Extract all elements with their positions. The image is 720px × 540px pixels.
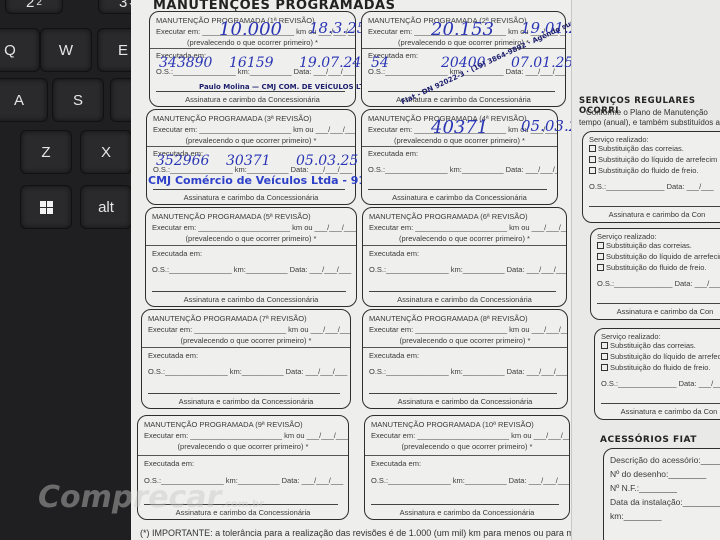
service-os-row: O.S.:______________ Data: ___/___ <box>601 379 720 388</box>
signature-label: Assinatura e carimbo da Concessionária <box>368 193 551 202</box>
prevalence-note: (prevalecendo o que ocorrer primeiro) * <box>369 234 560 243</box>
signature-label: Assinatura e carimbo da Concessionária <box>148 397 344 406</box>
accessories-title: ACESSÓRIOS FIAT <box>600 435 697 445</box>
service-checkbox-item: Substituição do líquido de arrefecim <box>589 155 720 164</box>
executed-label: Executada em: <box>371 459 563 468</box>
revision-box-8: MANUTENÇÃO PROGRAMADA (8ª REVISÃO) Execu… <box>362 309 568 409</box>
prevalence-note: (prevalecendo o que ocorrer primeiro) * <box>144 442 342 451</box>
executed-row: O.S.:_______________ km:__________ Data:… <box>369 265 560 274</box>
regular-service-box-2: Serviço realizado:Substituição das corre… <box>590 228 720 320</box>
regular-services-intro: Conforme o Plano de Manutenção <box>586 108 708 117</box>
windows-logo-icon <box>40 201 53 214</box>
regular-service-box-3: Serviço realizado:Substituição das corre… <box>594 328 720 420</box>
service-checkbox-item: Substituição do fluido de freio. <box>597 263 720 272</box>
key-w: W <box>40 28 92 72</box>
prevalence-note: (prevalecendo o que ocorrer primeiro) * <box>369 336 561 345</box>
handwritten-planned-km: 40371 <box>431 117 488 138</box>
handwritten-date: 19.07.24 <box>299 55 361 71</box>
prevalence-note: (prevalecendo o que ocorrer primeiro) * <box>371 442 563 451</box>
revision-box-6: MANUTENÇÃO PROGRAMADA (6ª REVISÃO) Execu… <box>362 207 567 307</box>
signature-label: Assinatura e carimbo da Concessionária <box>369 397 561 406</box>
accessory-field: Nº do desenho:________ <box>610 469 720 479</box>
service-checkbox-item: Substituição do fluido de freio. <box>589 166 720 175</box>
handwritten-km: 16159 <box>229 55 274 71</box>
service-checkbox-item: Substituição do fluido de freio. <box>601 363 720 372</box>
signature-label: Assinatura e carimbo da Con <box>589 210 720 219</box>
checkbox-icon <box>597 253 604 260</box>
revision-title: MANUTENÇÃO PROGRAMADA (6ª REVISÃO) <box>369 212 560 221</box>
signature-label: Assinatura e carimbo da Con <box>597 307 720 316</box>
handwritten-km: 30371 <box>226 153 271 169</box>
signature-label: Assinatura e carimbo da Concessionária <box>153 193 349 202</box>
planned-row: Executar em: ______________________ km o… <box>148 325 344 334</box>
handwritten-os: 352966 <box>156 153 209 169</box>
service-checkbox-item: Substituição do líquido de arrefecim <box>601 352 720 361</box>
footnote: (*) IMPORTANTE: a tolerância para a real… <box>140 528 585 538</box>
key-2: 22 <box>5 0 63 14</box>
revision-title: MANUTENÇÃO PROGRAMADA (7ª REVISÃO) <box>148 314 344 323</box>
executed-label: Executada em: <box>144 459 342 468</box>
executed-row: O.S.:_______________ km:__________ Data:… <box>368 165 551 174</box>
revision-title: MANUTENÇÃO PROGRAMADA (8ª REVISÃO) <box>369 314 561 323</box>
revision-title: MANUTENÇÃO PROGRAMADA (3ª REVISÃO) <box>153 114 349 123</box>
key-alt: alt <box>80 185 132 229</box>
executed-row: O.S.:_______________ km:__________ Data:… <box>369 367 561 376</box>
planned-row: Executar em: ______________________ km o… <box>371 431 563 440</box>
service-os-row: O.S.:______________ Data: ___/___ <box>597 279 720 288</box>
checkbox-icon <box>597 264 604 271</box>
planned-row: Executar em: ______________________ km o… <box>152 223 350 232</box>
checkbox-icon <box>601 342 608 349</box>
regular-services-intro-2: tempo (anual), e também substituídos a <box>579 118 720 127</box>
signature-label: Assinatura e carimbo da Concessionária <box>156 95 349 104</box>
executed-row: O.S.:_______________ km:__________ Data:… <box>152 265 350 274</box>
handwritten-date: 05.03.25 <box>296 153 358 169</box>
service-label: Serviço realizado: <box>589 135 720 144</box>
executed-label: Executada em: <box>148 351 344 360</box>
checkbox-icon <box>601 353 608 360</box>
checkbox-icon <box>589 145 596 152</box>
key-z: Z <box>20 130 72 174</box>
accessory-field: Nº N.F.:________ <box>610 483 720 493</box>
planned-row: Executar em: ______________________ km o… <box>369 325 561 334</box>
service-os-row: O.S.:______________ Data: ___/___ <box>589 182 720 191</box>
executed-label: Executada em: <box>369 249 560 258</box>
service-checkbox-item: Substituição das correias. <box>589 144 720 153</box>
handwritten-os: 54 <box>371 55 389 71</box>
handwritten-planned-km: 20.153 <box>431 19 494 40</box>
executed-row: O.S.:_______________ km:__________ Data:… <box>148 367 344 376</box>
service-checkbox-item: Substituição das correias. <box>601 341 720 350</box>
executed-label: Executada em: <box>369 351 561 360</box>
signature-label: Assinatura e carimbo da Concessionária <box>371 508 563 517</box>
checkbox-icon <box>589 167 596 174</box>
revision-title: MANUTENÇÃO PROGRAMADA (10ª REVISÃO) <box>371 420 563 429</box>
planned-row: Executar em: ______________________ km o… <box>144 431 342 440</box>
signature-label: Assinatura e carimbo da Concessionária <box>368 95 559 104</box>
regular-service-box-1: Serviço realizado:Substituição das corre… <box>582 131 720 223</box>
handwritten-os: 343890 <box>159 55 212 71</box>
planned-row: Executar em: ______________________ km o… <box>153 125 349 134</box>
service-checkbox-item: Substituição das correias. <box>597 241 720 250</box>
executed-label: Executada em: <box>152 249 350 258</box>
key-a: A <box>0 78 48 122</box>
handwritten-planned-km: 10.000 <box>219 19 282 40</box>
dealer-stamp: CMJ Comércio de Veículos Ltda - 91213 <box>148 174 389 187</box>
checkbox-icon <box>601 364 608 371</box>
checkbox-icon <box>597 242 604 249</box>
signature-label: Assinatura e carimbo da Concessionária <box>369 295 560 304</box>
executed-row: O.S.:_______________ km:__________ Data:… <box>371 476 563 485</box>
service-label: Serviço realizado: <box>601 332 720 341</box>
service-label: Serviço realizado: <box>597 232 720 241</box>
prevalence-note: (prevalecendo o que ocorrer primeiro) * <box>153 136 349 145</box>
revision-title: MANUTENÇÃO PROGRAMADA (9ª REVISÃO) <box>144 420 342 429</box>
signature-label: Assinatura e carimbo da Con <box>601 407 720 416</box>
laptop-keyboard: 2233QWEASDZXalt <box>0 0 140 540</box>
checkbox-icon <box>589 156 596 163</box>
revision-box-5: MANUTENÇÃO PROGRAMADA (5ª REVISÃO) Execu… <box>145 207 357 307</box>
revision-title: MANUTENÇÃO PROGRAMADA (5ª REVISÃO) <box>152 212 350 221</box>
service-checkbox-item: Substituição do líquido de arrefecim <box>597 252 720 261</box>
accessories-box: Descrição do acessório:________Nº do des… <box>603 448 720 540</box>
handwritten-planned-date: 18.3.25 <box>309 19 366 37</box>
planned-row: Executar em: ______________________ km o… <box>369 223 560 232</box>
accessory-field: Data da instalação:________ <box>610 497 720 507</box>
prevalence-note: (prevalecendo o que ocorrer primeiro) * <box>148 336 344 345</box>
accessory-field: Descrição do acessório:________ <box>610 455 720 465</box>
handwritten-date: 07.01.25 <box>511 55 573 71</box>
accessory-field: km:________ <box>610 511 720 521</box>
revision-box-7: MANUTENÇÃO PROGRAMADA (7ª REVISÃO) Execu… <box>141 309 351 409</box>
signature-label: Assinatura e carimbo da Concessionária <box>152 295 350 304</box>
key-q: Q <box>0 28 40 72</box>
key-x: X <box>80 130 132 174</box>
prevalence-note: (prevalecendo o que ocorrer primeiro) * <box>152 234 350 243</box>
windows-key <box>20 185 72 229</box>
revision-box-10: MANUTENÇÃO PROGRAMADA (10ª REVISÃO) Exec… <box>364 415 570 520</box>
watermark-logo: Comprecar.com.br <box>38 480 264 515</box>
key-s: S <box>52 78 104 122</box>
executed-label: Executada em: <box>368 149 551 158</box>
